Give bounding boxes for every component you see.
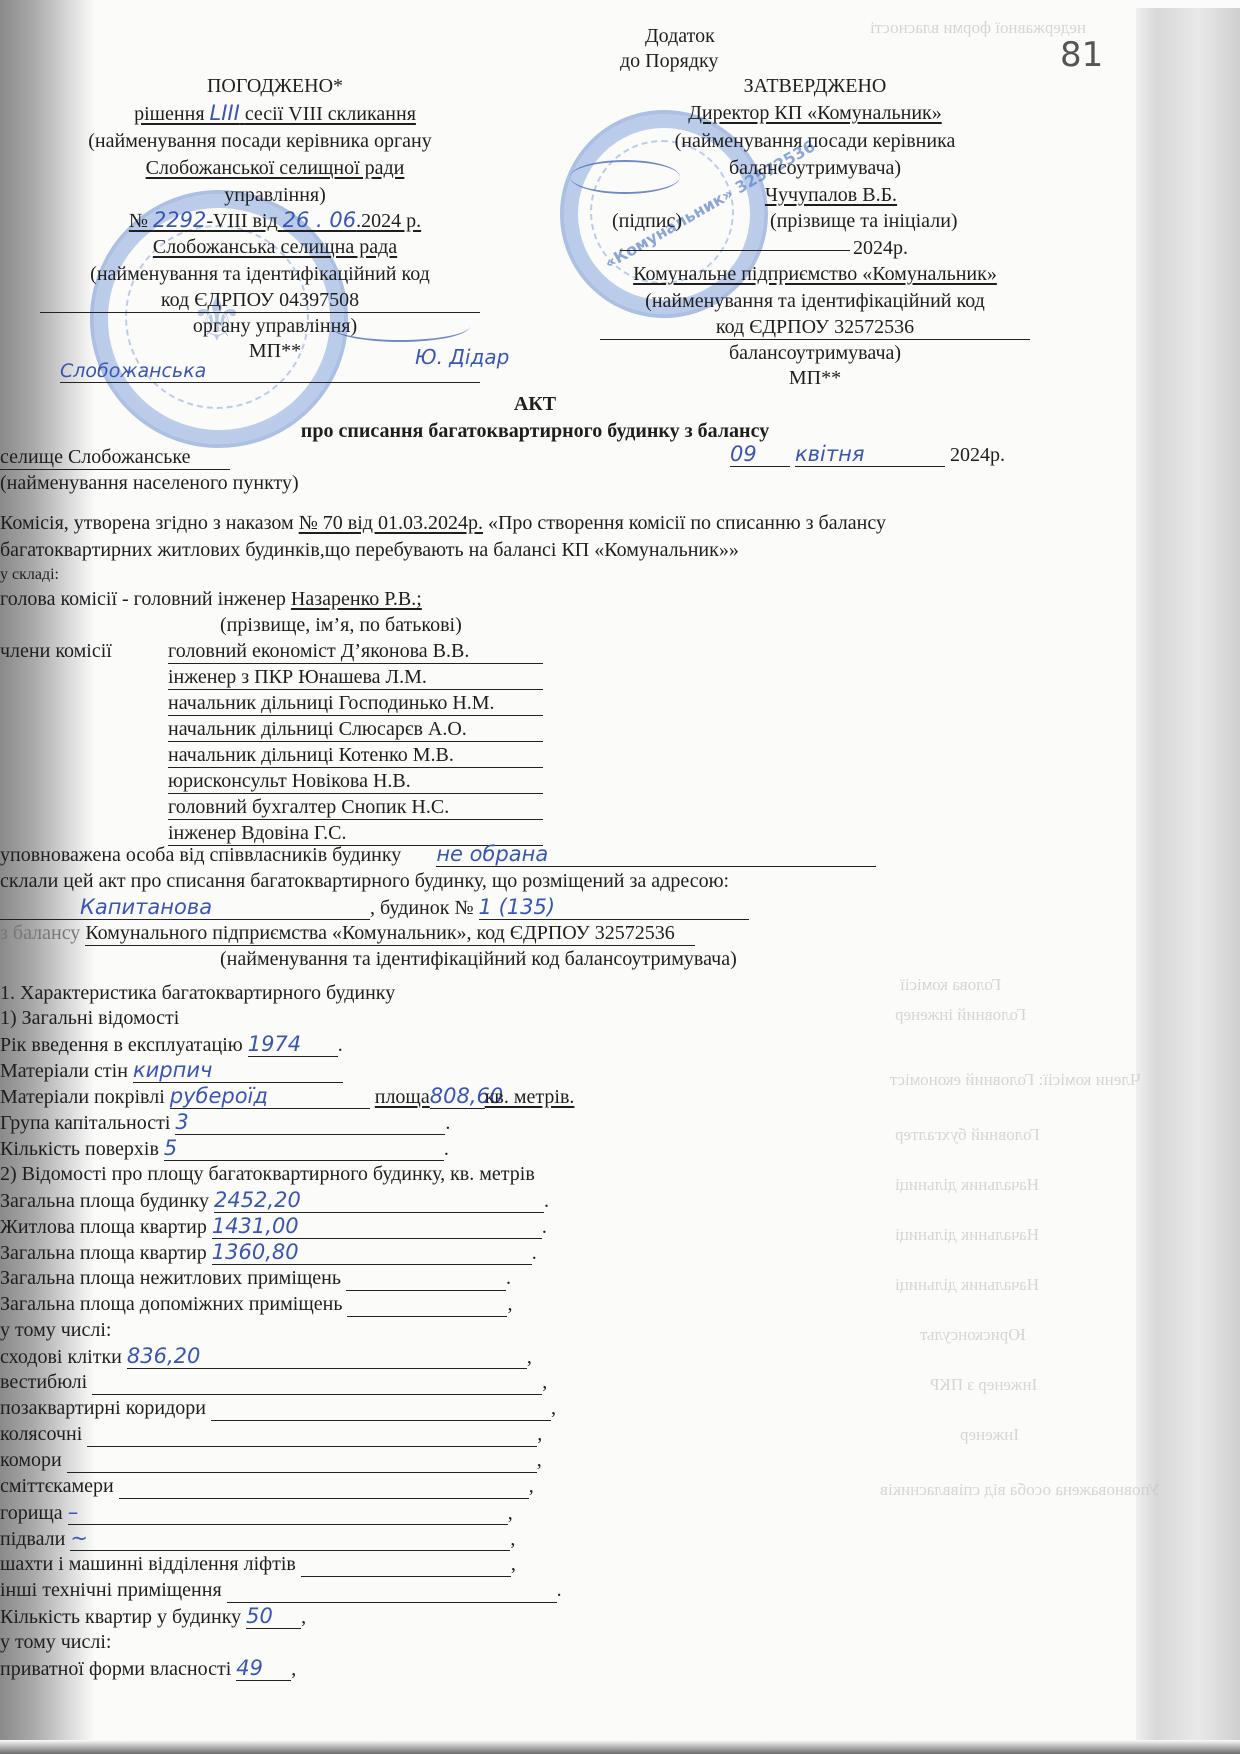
total-area-value[interactable]: 2452,20: [214, 1189, 544, 1213]
authorized-person-line: уповноважена особа від співвласників буд…: [0, 843, 876, 867]
capital-group-value[interactable]: 3: [175, 1111, 445, 1135]
chair-label: голова комісії - головний інженер: [0, 588, 286, 610]
decision-number-line: № 2292-VIII від 26 . 06.2024 р.: [70, 209, 480, 233]
act-title: АКТ: [0, 393, 1070, 416]
management-caption: управління): [70, 184, 480, 207]
field-label: приватної форми власності: [0, 1658, 231, 1680]
punct: ,: [510, 1528, 515, 1550]
auxiliary-area-value[interactable]: [347, 1293, 507, 1317]
field-elevator-shafts: шахти і машинні відділення ліфтів ,: [0, 1553, 516, 1577]
characteristics-heading: 1. Характеристика багатоквартирного буди…: [0, 982, 395, 1005]
including-label-2: у тому числі:: [0, 1631, 111, 1654]
act-year: 2024р.: [950, 444, 1005, 466]
id-code-caption-right: (найменування та ідентифікаційний код: [600, 290, 1030, 313]
members-label: члени комісії: [0, 640, 112, 663]
punct: ,: [527, 1346, 532, 1368]
commission-text: Комісія, утворена згідно з наказом: [0, 512, 294, 534]
field-label: Загальна площа допоміжних приміщень: [0, 1293, 342, 1315]
company-edrpou-code: код ЄДРПОУ 32572536: [600, 316, 1030, 340]
bleed-through-text: Юрисконсульт: [920, 1325, 1026, 1345]
balance-holder-name: Комунального підприємства «Комунальник»,…: [85, 922, 695, 946]
private-apartments-value[interactable]: 49: [236, 1657, 291, 1681]
floors-value[interactable]: 5: [164, 1137, 444, 1161]
settlement-name: селище Слобожанське: [0, 446, 230, 470]
field-commissioning-year: Рік введення в експлуатацію 1974.: [0, 1033, 343, 1057]
wall-material-value[interactable]: кирпич: [133, 1059, 343, 1083]
balance-holder-line: з балансу Комунального підприємства «Ком…: [0, 922, 695, 946]
field-basements: підвали ~,: [0, 1527, 515, 1551]
council-org-name: Слобожанська селищна рада: [70, 236, 480, 259]
act-day-handwritten: 09: [730, 443, 790, 467]
decision-number-handwritten: 2292: [153, 208, 206, 232]
balance-holder-caption: (найменування та ідентифікаційний код ба…: [220, 948, 737, 971]
member-2: інженер з ПКР Юнашева Л.М.: [168, 666, 543, 690]
decision-date-handwritten: 26 . 06: [283, 208, 356, 232]
decision-line: рішення LIII сесії VIII скликання: [70, 102, 480, 126]
bleed-through-text: Головний інженер: [895, 1005, 1026, 1025]
address-line: Капитанова, будинок № 1 (135): [0, 896, 749, 920]
field-label: підвали: [0, 1528, 65, 1550]
bleed-through-text: Начальник дільниці: [895, 1225, 1039, 1245]
commission-intro: Комісія, утворена згідно з наказом № 70 …: [0, 512, 886, 535]
punct: ,: [529, 1475, 534, 1497]
number-sign: №: [129, 210, 148, 232]
roof-area-label: площа: [375, 1086, 430, 1108]
punct: ,: [537, 1423, 542, 1445]
field-storerooms: комори ,: [0, 1449, 542, 1473]
field-technical-rooms: інші технічні приміщення .: [0, 1579, 562, 1603]
punct: ,: [551, 1397, 556, 1419]
handwritten-signature-1: Слобожанська: [60, 360, 206, 382]
field-label: Кількість поверхів: [0, 1138, 159, 1160]
field-capital-group: Група капітальності 3.: [0, 1111, 450, 1135]
management-body-caption: органу управління): [70, 315, 480, 338]
council-name: Слобожанської селищної ради: [70, 157, 480, 180]
page-number-handwritten: 81: [1060, 35, 1103, 75]
company-name: Комунальне підприємство «Комунальник»: [600, 263, 1030, 286]
field-label: горища: [0, 1502, 63, 1524]
street-handwritten: Капитанова: [0, 896, 370, 920]
field-label: комори: [0, 1449, 62, 1471]
decision-prefix: рішення: [134, 103, 204, 125]
position-caption-right: (найменування посади керівника: [620, 130, 1010, 153]
bleed-through-text: недержавної форми власності: [870, 18, 1086, 38]
punct: ,: [507, 1293, 512, 1315]
member-6: юрисконсульт Новікова Н.В.: [168, 770, 543, 794]
chair-name: Назаренко Р.В.;: [291, 588, 422, 610]
punct: .: [532, 1242, 537, 1264]
roof-area-unit: кв. метрів.: [485, 1086, 575, 1108]
approved-heading: ЗАТВЕРДЖЕНО: [620, 75, 1010, 98]
elevator-shafts-value[interactable]: [301, 1553, 511, 1577]
decision-year: .2024 р.: [356, 210, 421, 232]
field-label: Загальна площа нежитлових приміщень: [0, 1267, 341, 1289]
id-code-caption: (найменування та ідентифікаційний код: [40, 263, 480, 286]
basements-value[interactable]: ~: [70, 1527, 510, 1551]
field-label: Матеріали стін: [0, 1060, 128, 1082]
field-stroller-rooms: колясочні ,: [0, 1423, 542, 1447]
field-label: шахти і машинні відділення ліфтів: [0, 1553, 296, 1575]
chair-line: голова комісії - головний інженер Назаре…: [0, 588, 422, 611]
commission-intro-2: багатоквартирних житлових будинків,що пе…: [0, 539, 739, 562]
member-4: начальник дільниці Слюсарєв А.О.: [168, 718, 543, 742]
punct: ,: [511, 1553, 516, 1575]
commissioning-year-value[interactable]: 1974: [248, 1033, 338, 1057]
composed-of: у складі:: [0, 563, 59, 586]
bleed-through-text: Члени комісії: Головний економіст: [890, 1070, 1141, 1090]
agreed-heading: ПОГОДЖЕНО*: [70, 75, 480, 98]
stairwells-value[interactable]: 836,20: [127, 1345, 527, 1369]
date-blank-line[interactable]: [620, 250, 850, 251]
field-label: вестибюлі: [0, 1371, 87, 1393]
apartments-count-value[interactable]: 50: [246, 1605, 301, 1629]
field-private-apartments: приватної форми власності 49,: [0, 1657, 296, 1681]
seal-mark-left: МП**: [70, 340, 480, 363]
field-label: позаквартирні коридори: [0, 1397, 206, 1419]
member-3: начальник дільниці Господинько Н.М.: [168, 692, 543, 716]
member-1: головний економіст Д’яконова В.В.: [168, 640, 543, 664]
field-attics: горища –,: [0, 1501, 513, 1525]
punct: .: [557, 1579, 562, 1601]
appendix-ref: до Порядку: [620, 50, 718, 73]
field-label: Рік введення в експлуатацію: [0, 1034, 243, 1056]
apartments-area-value[interactable]: 1360,80: [212, 1241, 532, 1265]
council-edrpou-code: код ЄДРПОУ 04397508: [40, 289, 480, 313]
field-label: Загальна площа квартир: [0, 1242, 207, 1264]
house-number-handwritten: 1 (135): [479, 896, 749, 920]
field-roof-material: Матеріали покрівлі рубероїд площа808,60к…: [0, 1085, 574, 1109]
field-stairwells: сходові клітки 836,20,: [0, 1345, 532, 1369]
garbage-rooms-value[interactable]: [119, 1475, 529, 1499]
including-label: у тому числі:: [0, 1319, 111, 1342]
bleed-through-text: Голова комісії: [900, 975, 1001, 995]
name-caption: (прізвище та ініціали): [770, 210, 958, 233]
punct: .: [445, 1112, 450, 1134]
field-auxiliary-area: Загальна площа допоміжних приміщень ,: [0, 1293, 512, 1317]
attics-value[interactable]: –: [68, 1501, 508, 1525]
vestibules-value[interactable]: [92, 1371, 542, 1395]
director-position: Директор КП «Комунальник»: [620, 102, 1010, 125]
field-floors: Кількість поверхів 5.: [0, 1137, 449, 1161]
field-label: Загальна площа будинку: [0, 1190, 209, 1212]
decision-suffix: сесії VIII скликання: [245, 103, 416, 125]
technical-rooms-value[interactable]: [227, 1579, 557, 1603]
field-label: колясочні: [0, 1423, 82, 1445]
bleed-through-text: Інженер з ПКР: [930, 1375, 1037, 1395]
field-label: Житлова площа квартир: [0, 1216, 207, 1238]
field-total-area: Загальна площа будинку 2452,20.: [0, 1189, 549, 1213]
punct: .: [544, 1190, 549, 1212]
field-label: сміттєкамери: [0, 1475, 114, 1497]
position-caption: (найменування посади керівника органу: [40, 130, 480, 153]
field-nonresidential-area: Загальна площа нежитлових приміщень .: [0, 1267, 511, 1291]
punct: ,: [542, 1371, 547, 1393]
punct: .: [542, 1216, 547, 1238]
field-vestibules: вестибюлі ,: [0, 1371, 547, 1395]
act-date-line: 09 квітня 2024р.: [730, 443, 1005, 467]
field-living-area: Житлова площа квартир 1431,00.: [0, 1215, 547, 1239]
balance-holder-caption-2: балансоутримувача): [600, 342, 1030, 365]
session-number-handwritten: LIII: [210, 101, 240, 125]
act-subtitle: про списання багатоквартирного будинку з…: [0, 420, 1070, 443]
field-label: Матеріали покрівлі: [0, 1086, 165, 1108]
bleed-through-text: Головний бухгалтер: [895, 1125, 1040, 1145]
settlement-line: селище Слобожанське: [0, 446, 230, 470]
field-wall-material: Матеріали стін кирпич: [0, 1059, 343, 1083]
punct: ,: [508, 1502, 513, 1524]
member-5: начальник дільниці Котенко М.В.: [168, 744, 543, 768]
field-apartments-area: Загальна площа квартир 1360,80.: [0, 1241, 537, 1265]
seal-mark-right: МП**: [600, 367, 1030, 390]
field-label: Група капітальності: [0, 1112, 170, 1134]
general-info-heading: 1) Загальні відомості: [0, 1007, 179, 1030]
order-reference: № 70 від 01.03.2024р.: [299, 512, 483, 534]
punct: .: [506, 1267, 511, 1289]
bleed-through-text: Начальник дільниці: [895, 1275, 1039, 1295]
storerooms-value[interactable]: [67, 1449, 537, 1473]
chair-caption: (прізвище, ім’я, по батькові): [220, 614, 462, 637]
balance-prefix: з балансу: [0, 922, 80, 944]
authorized-label: уповноважена особа від співвласників буд…: [0, 844, 401, 866]
scan-edge: [1136, 0, 1240, 8]
stroller-rooms-value[interactable]: [87, 1423, 537, 1447]
living-area-value[interactable]: 1431,00: [212, 1215, 542, 1239]
area-heading: 2) Відомості про площу багатоквартирного…: [0, 1163, 535, 1186]
roof-area-value[interactable]: 808,60: [430, 1085, 485, 1109]
order-title: «Про створення комісії по списанню з бал…: [488, 512, 886, 534]
members-list: головний економіст Д’яконова В.В. інжене…: [168, 640, 543, 846]
drew-up-text: склали цей акт про списання багатокварти…: [0, 870, 729, 893]
corridors-value[interactable]: [211, 1397, 551, 1421]
director-name: Чучупалов В.Б.: [765, 184, 897, 207]
punct: .: [444, 1138, 449, 1160]
act-month-handwritten: квітня: [795, 443, 945, 467]
member-7: головний бухгалтер Снопик Н.С.: [168, 796, 543, 820]
decision-number-suffix: -VIII від: [206, 210, 277, 232]
scan-edge-bottom: [0, 1740, 1240, 1754]
settlement-caption: (найменування населеного пункту): [0, 472, 299, 495]
punct: ,: [537, 1449, 542, 1471]
field-label: сходові клітки: [0, 1346, 122, 1368]
roof-material-value[interactable]: рубероїд: [170, 1085, 370, 1109]
punct: .: [338, 1034, 343, 1056]
appendix-label: Додаток: [645, 25, 715, 48]
authorized-person-handwritten: не обрана: [436, 843, 876, 867]
signature-line-left: [60, 382, 480, 383]
approval-year: 2024р.: [853, 237, 908, 260]
field-label: інші технічні приміщення: [0, 1579, 222, 1601]
field-label: Кількість квартир у будинку: [0, 1606, 241, 1628]
field-corridors: позаквартирні коридори ,: [0, 1397, 556, 1421]
balance-holder-caption: балансоутримувача): [620, 157, 1010, 180]
signature-caption: (підпис): [612, 210, 682, 233]
bleed-through-text: Інженер: [960, 1425, 1019, 1445]
field-apartments-count: Кількість квартир у будинку 50,: [0, 1605, 306, 1629]
house-label: , будинок №: [370, 897, 474, 919]
bleed-through-text: Начальник дільниці: [895, 1175, 1039, 1195]
bleed-through-text: Уповноважена особа від співвласників: [880, 1480, 1160, 1500]
nonresidential-area-value[interactable]: [346, 1267, 506, 1291]
field-garbage-rooms: сміттєкамери ,: [0, 1475, 534, 1499]
